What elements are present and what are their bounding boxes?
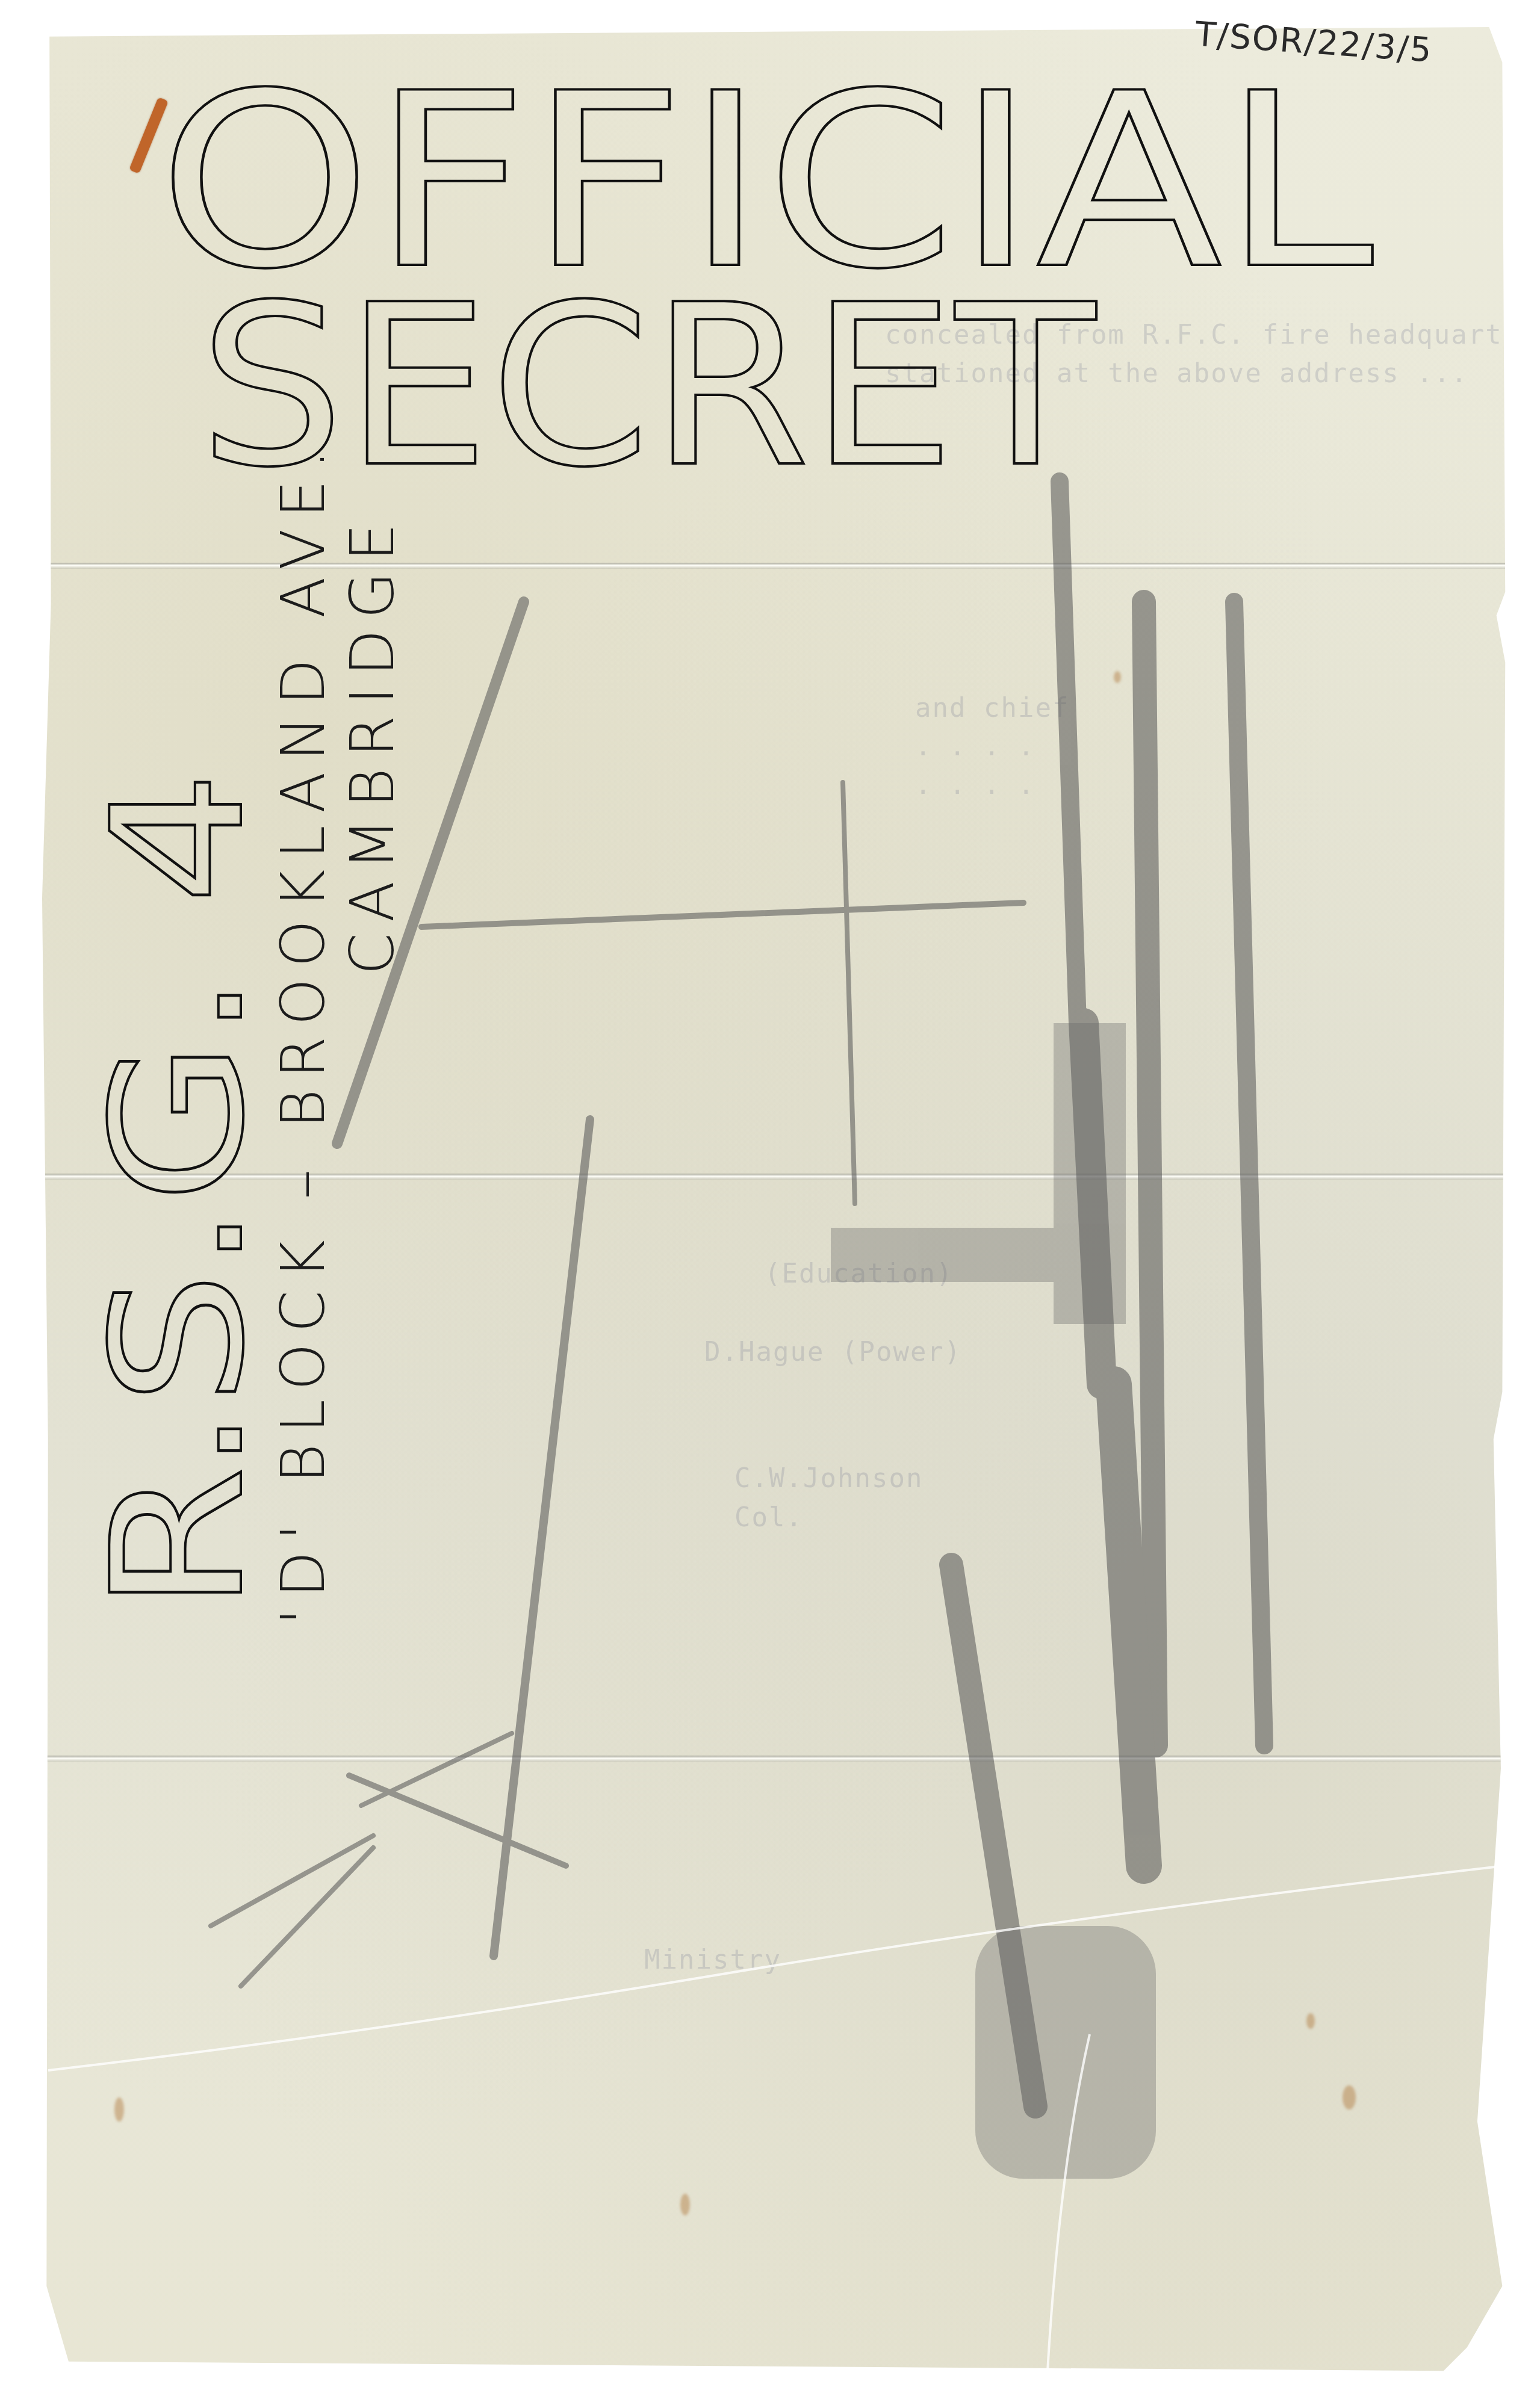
rsg-heading: R.S.G. 4 [84,602,265,1625]
show-through-text: Ministry [644,1941,781,1979]
show-through-text: (Education) [765,1255,953,1293]
show-through-text: D.Hague (Power) [704,1333,961,1372]
rust-stain [1114,671,1121,683]
address-line-2: CAMBRIDGE [337,512,408,975]
rust-stain [680,2194,690,2215]
fold-line [42,563,1511,569]
rsg-number: R.S.G. 4 [84,770,265,1613]
rust-stain [114,2097,124,2122]
title-block: OFFICIAL SECRET [0,0,1540,542]
fold-line [42,1756,1511,1762]
show-through-text: C.W.Johnson [734,1459,923,1498]
show-through-text: and chief . . . . . . . . [915,689,1069,805]
rust-stain [1306,2013,1315,2029]
address-line-1: 'D' BLOCK – BROOKLAND AVE. [268,439,338,1625]
rust-stain [1343,2085,1356,2109]
show-through-text: Col. [734,1499,803,1537]
